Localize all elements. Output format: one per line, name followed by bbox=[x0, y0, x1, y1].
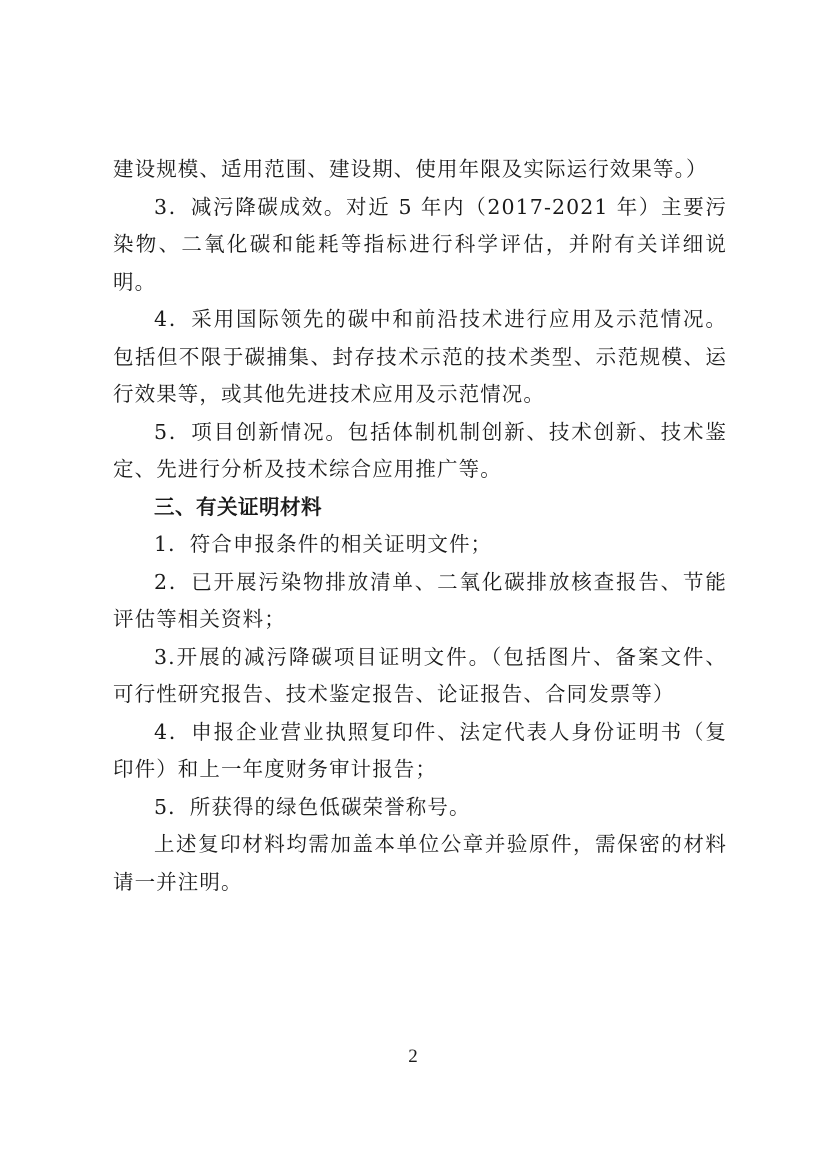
paragraph-item-5-innovation: 5．项目创新情况。包括体制机制创新、技术创新、技术鉴定、先进行分析及技术综合应用… bbox=[113, 414, 727, 489]
page-number: 2 bbox=[0, 1046, 826, 1068]
section-item-5: 5．所获得的绿色低碳荣誉称号。 bbox=[113, 789, 727, 827]
paragraph-continuation: 建设规模、适用范围、建设期、使用年限及实际运行效果等。） bbox=[113, 151, 727, 189]
section-item-1: 1．符合申报条件的相关证明文件； bbox=[113, 526, 727, 564]
closing-note: 上述复印材料均需加盖本单位公章并验原件，需保密的材料请一并注明。 bbox=[113, 826, 727, 901]
section-item-4: 4．申报企业营业执照复印件、法定代表人身份证明书（复印件）和上一年度财务审计报告… bbox=[113, 714, 727, 789]
paragraph-item-4-carbon-neutral-tech: 4．采用国际领先的碳中和前沿技术进行应用及示范情况。包括但不限于碳捕集、封存技术… bbox=[113, 301, 727, 414]
section-item-2: 2．已开展污染物排放清单、二氧化碳排放核查报告、节能评估等相关资料； bbox=[113, 564, 727, 639]
section-item-3: 3.开展的减污降碳项目证明文件。（包括图片、备案文件、可行性研究报告、技术鉴定报… bbox=[113, 639, 727, 714]
document-page: 建设规模、适用范围、建设期、使用年限及实际运行效果等。） 3．减污降碳成效。对近… bbox=[0, 0, 826, 1169]
document-body: 建设规模、适用范围、建设期、使用年限及实际运行效果等。） 3．减污降碳成效。对近… bbox=[113, 151, 727, 901]
paragraph-item-3-emission-reduction: 3．减污降碳成效。对近 5 年内（2017-2021 年）主要污染物、二氧化碳和… bbox=[113, 189, 727, 302]
section-heading: 三、有关证明材料 bbox=[113, 489, 727, 527]
